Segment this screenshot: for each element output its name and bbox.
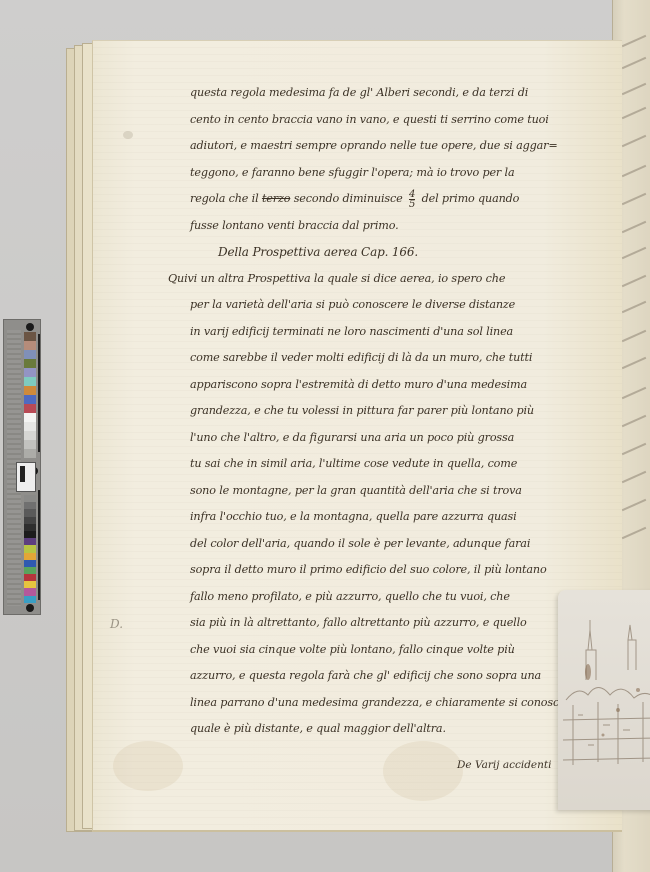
text-line: per la varietà dell'aria si può conoscer… xyxy=(190,292,580,319)
building-sketch-icon xyxy=(558,590,650,810)
fraction: 45 xyxy=(409,190,415,209)
text-line: grandezza, e che tu volessi in pittura f… xyxy=(190,398,580,425)
sketch-flap xyxy=(558,590,650,810)
color-patch xyxy=(24,509,36,516)
card-label-mark xyxy=(20,466,25,482)
text-line: l'uno che l'altro, e da figurarsi una ar… xyxy=(190,425,580,452)
color-patch xyxy=(24,395,36,404)
text-line: infra l'occhio tuo, e la montagna, quell… xyxy=(190,504,580,531)
margin-mark: D. xyxy=(110,617,123,631)
text-line: come sarebbe il veder molti edificij di … xyxy=(190,345,580,372)
color-patch xyxy=(24,341,36,350)
color-checker-card xyxy=(3,319,41,615)
color-patch xyxy=(24,545,36,552)
text-line: sono le montagne, per la gran quantità d… xyxy=(190,478,580,505)
color-patch xyxy=(24,581,36,588)
text-line: linea parrano d'una medesima grandezza, … xyxy=(190,690,580,717)
text-line: che vuoi sia cinque volte più lontano, f… xyxy=(190,637,580,664)
ruler-line xyxy=(38,490,40,600)
text-line: Quivi un altra Prospettiva la quale si d… xyxy=(168,266,580,293)
text-line: sia più in là altrettanto, fallo altrett… xyxy=(190,610,580,637)
color-patch xyxy=(24,422,36,431)
ruler-line xyxy=(38,334,40,452)
color-patch xyxy=(24,377,36,386)
text-line: quale è più distante, e qual maggior del… xyxy=(190,716,580,743)
color-patch xyxy=(24,368,36,377)
color-patch xyxy=(24,567,36,574)
text-line: fusse lontano venti braccia dal primo. xyxy=(190,213,580,240)
text-line: adiutori, e maestri sempre oprando nelle… xyxy=(190,133,580,160)
color-patch xyxy=(24,538,36,545)
text-line: cento in cento braccia vano in vano, e q… xyxy=(190,107,580,134)
text-line: questa regola medesima fa de gl' Alberi … xyxy=(190,80,580,107)
color-patch xyxy=(24,574,36,581)
color-patch xyxy=(24,524,36,531)
text-line: in varij edificij terminati ne loro nasc… xyxy=(190,319,580,346)
card-hole-icon xyxy=(26,604,34,612)
struck-word: terzo xyxy=(262,192,290,205)
color-patch xyxy=(24,359,36,368)
color-patch xyxy=(24,386,36,395)
manuscript-text: questa regola medesima fa de gl' Alberi … xyxy=(190,80,580,743)
text-line: teggono, e faranno bene sfuggir l'opera;… xyxy=(190,160,580,187)
color-patch xyxy=(24,531,36,538)
color-patch xyxy=(24,413,36,422)
color-patch xyxy=(24,404,36,413)
color-patches-bottom xyxy=(24,495,36,603)
text-line: azzurro, e questa regola farà che gl' ed… xyxy=(190,663,580,690)
text-line: regola che il terzo secondo diminuisce 4… xyxy=(190,186,580,213)
card-label xyxy=(16,462,36,492)
color-patch xyxy=(24,502,36,509)
color-patch xyxy=(24,431,36,440)
color-patch xyxy=(24,517,36,524)
card-hole-icon xyxy=(26,323,34,331)
color-patch xyxy=(24,332,36,341)
catchword: De Varij accidenti xyxy=(457,759,551,771)
color-patch xyxy=(24,553,36,560)
color-patch xyxy=(24,560,36,567)
text-line: fallo meno profilato, e più azzurro, que… xyxy=(190,584,580,611)
color-patch xyxy=(24,588,36,595)
color-patch xyxy=(24,596,36,603)
color-patch xyxy=(24,350,36,359)
chapter-heading: Della Prospettiva aerea Cap. 166. xyxy=(218,239,580,266)
text-line: sopra il detto muro il primo edificio de… xyxy=(190,557,580,584)
color-patches-top xyxy=(24,332,36,458)
color-patch xyxy=(24,495,36,502)
text-line: appariscono sopra l'estremità di detto m… xyxy=(190,372,580,399)
color-patch xyxy=(24,440,36,449)
text-line: del color dell'aria, quando il sole è pe… xyxy=(190,531,580,558)
color-patch xyxy=(24,449,36,458)
text-line: tu sai che in simil aria, l'ultime cose … xyxy=(190,451,580,478)
